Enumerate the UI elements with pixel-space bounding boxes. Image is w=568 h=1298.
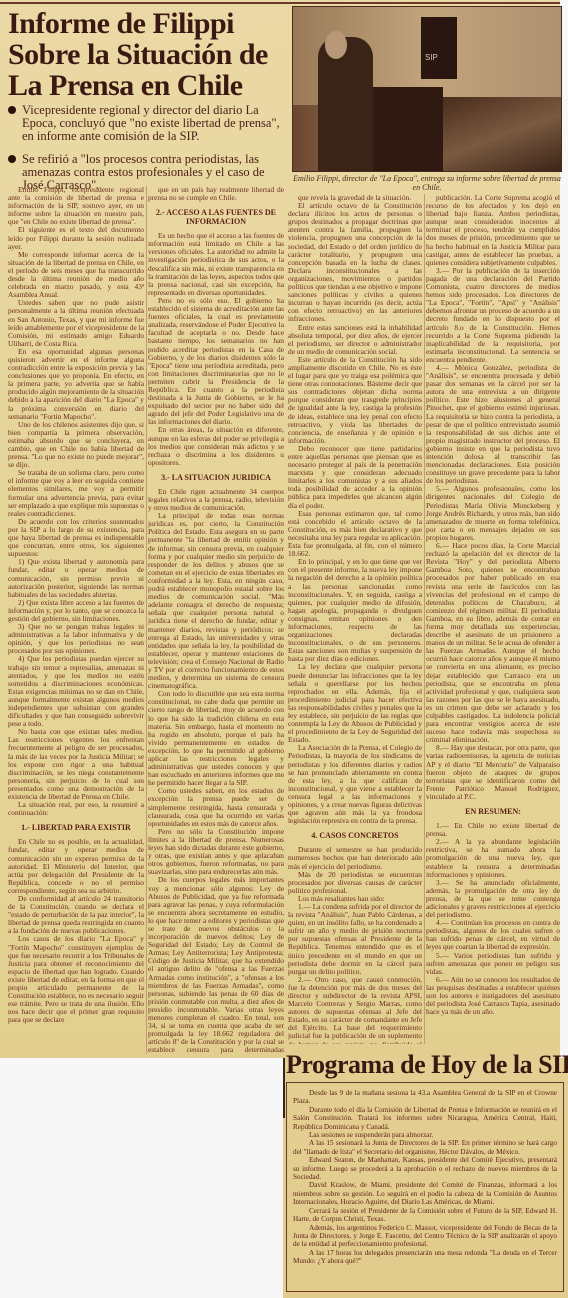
- article-paragraph: De los cuerpos legales más importantes v…: [148, 876, 284, 1054]
- article-paragraph: La situación real, por eso, la resumiré …: [8, 801, 144, 817]
- article-headline: Informe de Filippi Sobre la Situación de…: [8, 8, 288, 101]
- program-paragraph: David Kraslow, de Miami, presidente del …: [293, 1181, 557, 1206]
- article-paragraph: Con todo lo discutible que sea esta norm…: [148, 690, 284, 787]
- photo-delegates-table: [443, 97, 562, 172]
- article-paragraph: 3.— Se ha anunciado oficialmente, además…: [426, 879, 560, 919]
- section-heading: EN RESUMEN:: [426, 807, 560, 816]
- headline-line-2: Sobre la Situación de: [8, 39, 288, 70]
- article-photo: SIP: [292, 6, 562, 172]
- article-paragraph: 1.— La condena sufrida por el director d…: [288, 903, 422, 976]
- clipping-edge: [283, 1058, 285, 1118]
- article-paragraph: Los casos de los diario "La Epoca" y "Fo…: [8, 935, 144, 1024]
- headline-line-1: Informe de Filippi: [8, 8, 288, 39]
- article-paragraph: La ley declara que cualquier persona pue…: [288, 663, 422, 744]
- bullet-dot-icon: [8, 155, 16, 163]
- article-paragraph: En Chile rigen actualmente 34 cuerpos le…: [148, 488, 284, 512]
- article-paragraph: Más de 20 periodistas se encuentran proc…: [288, 871, 422, 895]
- program-paragraph: Durante todo el día la Comisión de Liber…: [293, 1106, 557, 1131]
- section-heading: 2.- ACCESO A LAS FUENTES DE INFORMACION: [148, 208, 284, 226]
- article-paragraph: En esa oportunidad algunas personas quis…: [8, 348, 144, 421]
- headline-line-3: La Prensa en Chile: [8, 70, 288, 101]
- article-paragraph: 3) Que no se pongan trabas legales ni ad…: [8, 623, 144, 655]
- article-paragraph: En Chile no es posible, en la actualidad…: [8, 838, 144, 895]
- article-paragraph: No basta con que existan tales medios. L…: [8, 728, 144, 801]
- section-heading: 3.- LA SITUACION JURIDICA: [148, 473, 284, 482]
- article-paragraph: De acuerdo con los criterios sustentados…: [8, 518, 144, 558]
- article-paragraph: En lo principal, y en lo que tiene que v…: [288, 558, 422, 663]
- article-paragraph: Uno de los chilenos asistentes dijo que,…: [8, 421, 144, 470]
- program-paragraph: A las 15 sesionará la Junta de Directore…: [293, 1139, 557, 1156]
- article-paragraph: 4.— Mónica González, periodista de "Anál…: [426, 364, 560, 485]
- article-paragraph: Es un hecho que el acceso a las fuentes …: [148, 232, 284, 297]
- program-box: Desde las 9 de la mañana sesiona la 43.a…: [286, 1082, 564, 1292]
- article-paragraph: 3.— Por la publicación de la inserción p…: [426, 267, 560, 364]
- article-paragraph: Esas personas estimaron que, tal como es…: [288, 510, 422, 559]
- deck-bullet: Vicepresidente regional y director del d…: [8, 104, 288, 143]
- article-paragraph: Me corresponde informar acerca de la sit…: [8, 251, 144, 300]
- photo-caption: Emilio Filippi, director de "La Epoca", …: [292, 174, 562, 192]
- article-paragraph: Ustedes saben que no pude asistir person…: [8, 299, 144, 348]
- article-paragraph: Emilio Filippi, vicepresidente regional …: [8, 186, 144, 226]
- article-paragraph: De conformidad al artículo 24 transitori…: [8, 895, 144, 935]
- article-column-4: publicación. La Corte Suprema acogió el …: [426, 194, 560, 1044]
- program-title: Programa de Hoy de la SIP: [286, 1050, 564, 1080]
- article-paragraph: Durante el semestre se han producido num…: [288, 846, 422, 870]
- article-paragraph: 6.— Aún no se conocen los resultados de …: [426, 976, 560, 1016]
- article-paragraph: publicación. La Corte Suprema acogió el …: [426, 194, 560, 267]
- article-paragraph: Este artículo de la Constitución ha sido…: [288, 356, 422, 445]
- article-paragraph: 5.— Algunos profesionales, como los diri…: [426, 485, 560, 542]
- bullet-dot-icon: [8, 106, 16, 114]
- article-paragraph: Pero no sólo la Constitución impone lími…: [148, 828, 284, 877]
- top-rule: [0, 2, 560, 4]
- article-paragraph: 2.— A la ya abundante legislación restri…: [426, 838, 560, 878]
- section-heading: 1.- LIBERTAD PARA EXISTIR: [8, 823, 144, 832]
- article-paragraph: Como ustedes saben, en los estados de ex…: [148, 787, 284, 827]
- article-paragraph: El artículo octavo de la Constitución de…: [288, 202, 422, 323]
- photo-podium: [373, 87, 443, 172]
- article-paragraph: 1) Que exista libertad y autonomía para …: [8, 558, 144, 598]
- program-paragraph: A las 17 horas los delegados presenciará…: [293, 1249, 557, 1266]
- article-paragraph: La Asociación de la Prensa, el Colegio d…: [288, 744, 422, 825]
- article-column-1: Emilio Filippi, vicepresidente regional …: [8, 186, 144, 1054]
- program-paragraph: Las sesiones se suspenderán para almorza…: [293, 1131, 557, 1139]
- article-column-3: que revela la gravedad de la situación.E…: [288, 194, 422, 1044]
- article-paragraph: La principal de todas esas normas jurídi…: [148, 512, 284, 690]
- article-paragraph: El siguiente es el texto del documento l…: [8, 226, 144, 250]
- article-paragraph: 5.— Varios periodistas han sufrido y suf…: [426, 952, 560, 976]
- article-paragraph: 4) Que los periodistas puedan ejercer su…: [8, 655, 144, 728]
- article-paragraph: 2.— Otro caso, que causó conmoción, fue …: [288, 976, 422, 1044]
- article-paragraph: 2) Que exista libre acceso a las fuentes…: [8, 599, 144, 623]
- article-paragraph: Pero no es sólo eso. El gobierno ha esta…: [148, 297, 284, 427]
- article-paragraph: Debo reconocer que tiene partidarios ent…: [288, 445, 422, 510]
- column-divider: [424, 194, 425, 1044]
- article-paragraph: 1.— En Chile no existe libertad de prens…: [426, 822, 560, 838]
- photo-speaker: [318, 37, 373, 172]
- program-paragraph: Desde las 9 de la mañana sesiona la 43.a…: [293, 1089, 557, 1106]
- article-paragraph: 6.— Hace pocos días, la Corte Marcial re…: [426, 542, 560, 744]
- program-paragraph: Cerrará la sesión el Presidente de la Co…: [293, 1207, 557, 1224]
- section-heading: 4. CASOS CONCRETOS: [288, 831, 422, 840]
- article-paragraph: 8.— Hay que destacar, por otra parte, qu…: [426, 744, 560, 801]
- article-column-2: que en un país hay realmente libertad de…: [148, 186, 284, 1054]
- article-paragraph: Entre estas sanciones está la inhabilida…: [288, 324, 422, 356]
- article-paragraph: que en un país hay realmente libertad de…: [148, 186, 284, 202]
- program-paragraph: Además, los argentinos Federico C. Masso…: [293, 1224, 557, 1249]
- program-paragraph: Edward Seaton, de Manhattan, Kansas, pre…: [293, 1156, 557, 1181]
- article-paragraph: Se trataba de un sofisma claro, pero com…: [8, 469, 144, 518]
- photo-sip-banner: SIP: [421, 17, 457, 79]
- article-paragraph: 4.— Continúan los procesos en contra de …: [426, 919, 560, 951]
- column-divider: [146, 186, 147, 1054]
- photo-speaker-head: [325, 31, 347, 59]
- deck-text: Vicepresidente regional y director del d…: [22, 104, 288, 143]
- article-paragraph: En otras áreas, la situación es diferent…: [148, 426, 284, 466]
